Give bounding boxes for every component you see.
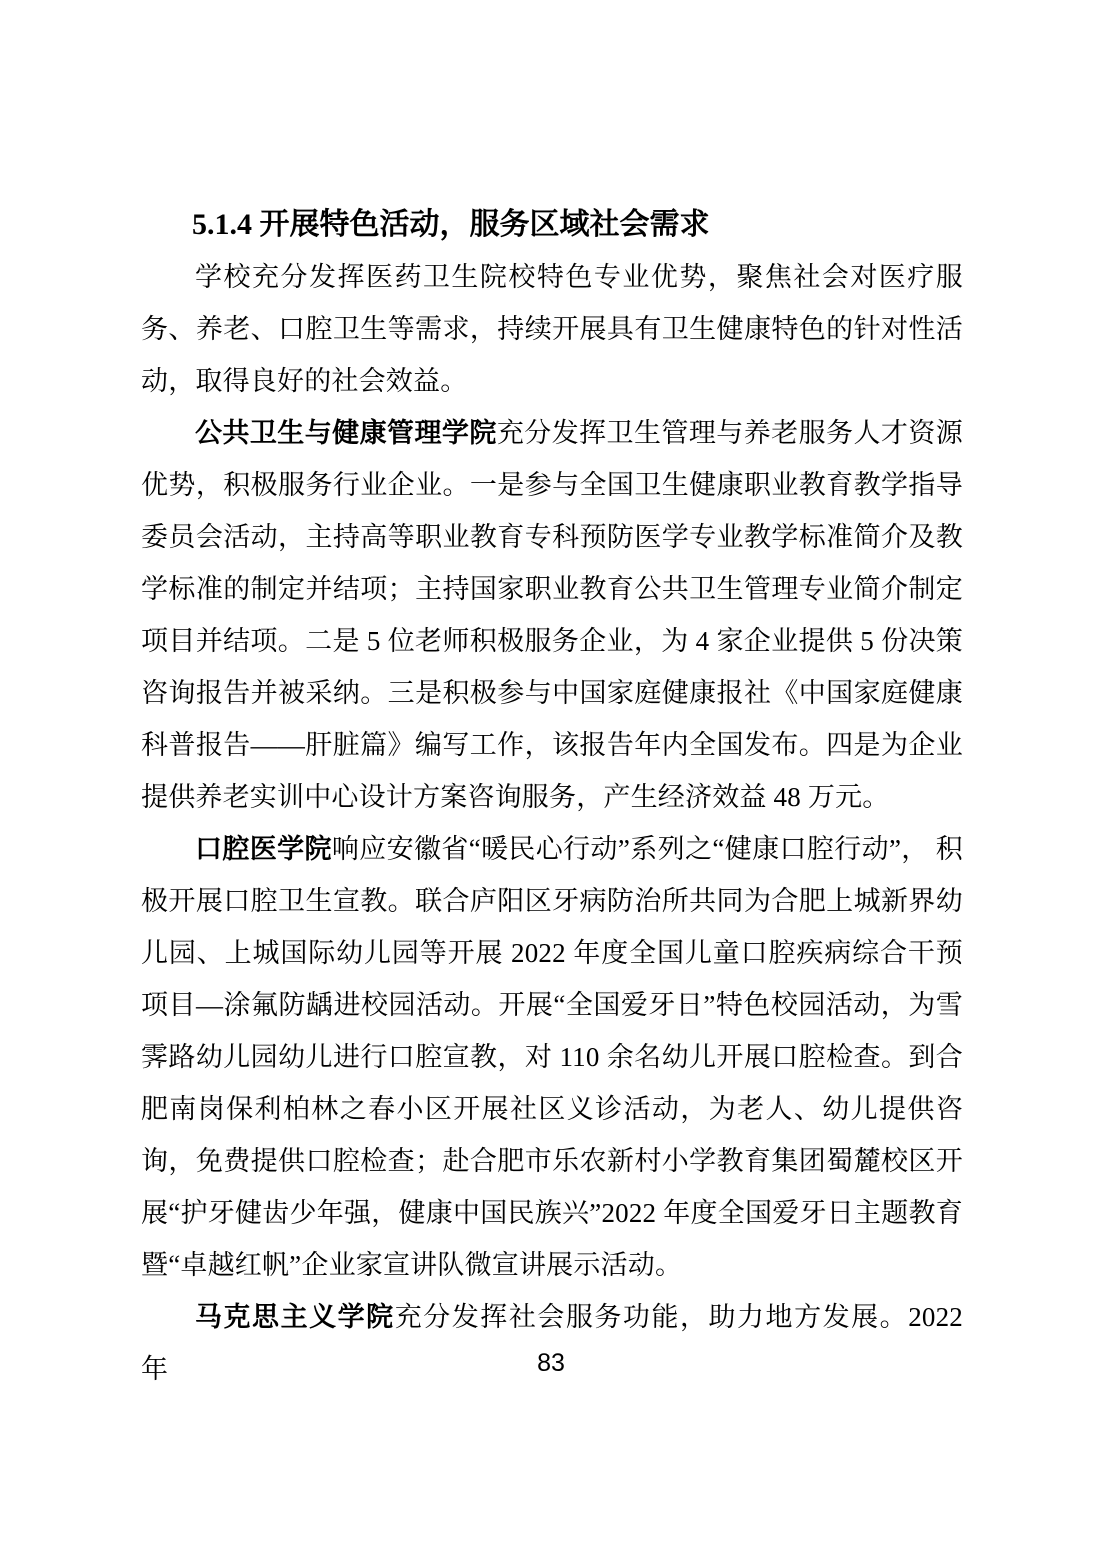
paragraphs: 学校充分发挥医药卫生院校特色专业优势，聚焦社会对医疗服务、养老、口腔卫生等需求，… [141, 251, 963, 1395]
paragraph: 口腔医学院响应安徽省“暖民心行动”系列之“健康口腔行动”， 积极开展口腔卫生宣教… [141, 823, 963, 1291]
text-run: 响应安徽省“暖民心行动”系列之“健康口腔行动”， 积极开展口腔卫生宣教。联合庐阳… [141, 834, 963, 1280]
bold-run: 口腔医学院 [195, 834, 332, 864]
text-run: 学校充分发挥医药卫生院校特色专业优势，聚焦社会对医疗服务、养老、口腔卫生等需求，… [141, 262, 963, 396]
paragraph: 马克思主义学院充分发挥社会服务功能，助力地方发展。2022 年 [141, 1291, 963, 1395]
text-run: 充分发挥卫生管理与养老服务人才资源优势，积极服务行业企业。一是参与全国卫生健康职… [141, 418, 963, 812]
bold-run: 马克思主义学院 [195, 1302, 395, 1332]
paragraph: 学校充分发挥医药卫生院校特色专业优势，聚焦社会对医疗服务、养老、口腔卫生等需求，… [141, 251, 963, 407]
page-number: 83 [0, 1349, 1102, 1378]
document-content: 5.1.4 开展特色活动，服务区域社会需求 学校充分发挥医药卫生院校特色专业优势… [141, 199, 963, 1395]
paragraph: 公共卫生与健康管理学院充分发挥卫生管理与养老服务人才资源优势，积极服务行业企业。… [141, 407, 963, 823]
section-heading: 5.1.4 开展特色活动，服务区域社会需求 [141, 199, 963, 251]
document-page: 5.1.4 开展特色活动，服务区域社会需求 学校充分发挥医药卫生院校特色专业优势… [0, 0, 1102, 1559]
bold-run: 公共卫生与健康管理学院 [195, 418, 497, 448]
